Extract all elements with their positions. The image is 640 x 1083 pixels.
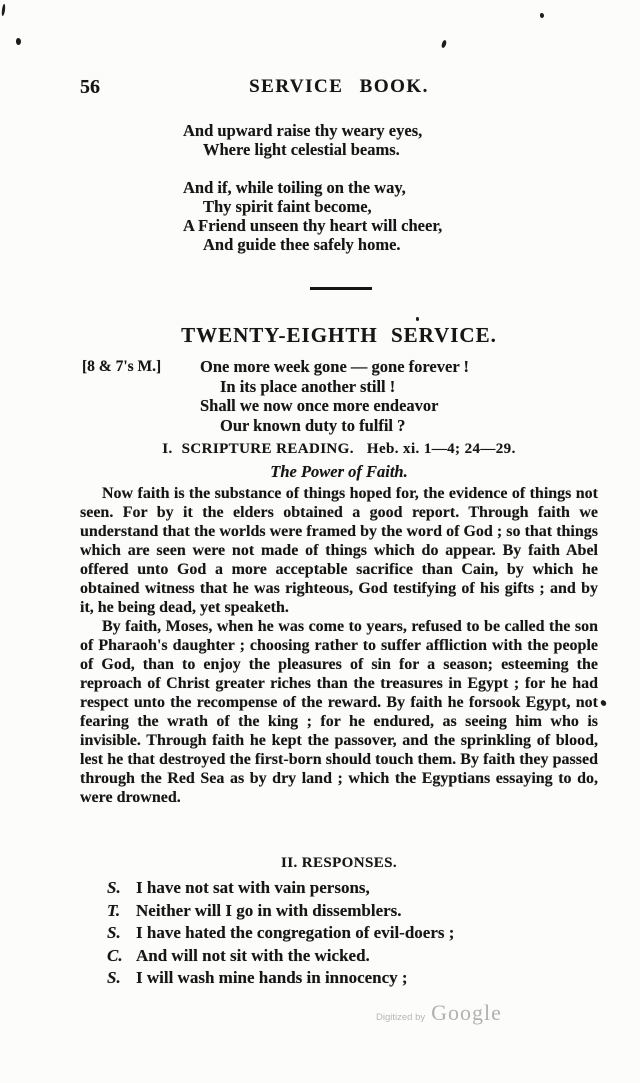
hymn-stanza: And if, while toiling on the way, Thy sp… xyxy=(183,178,442,254)
response-text: Neither will I go in with dissemblers. xyxy=(136,900,402,923)
section-number: I. xyxy=(162,441,172,457)
running-title: SERVICE BOOK. xyxy=(80,76,598,98)
scan-speck xyxy=(1,4,6,16)
response-speaker: C. xyxy=(107,945,136,968)
responses-list: S. I have not sat with vain persons, T. … xyxy=(107,877,454,990)
response-item: S. I will wash mine hands in innocency ; xyxy=(107,967,454,990)
hymn-line: And guide thee safely home. xyxy=(183,235,442,254)
hymn-meter: [8 & 7's M.] xyxy=(82,358,161,376)
hymn-line: And if, while toiling on the way, xyxy=(183,178,442,197)
hymn-line: Shall we now once more endeavor xyxy=(200,396,598,416)
response-speaker: T. xyxy=(107,900,136,923)
hymn-line: Where light celestial beams. xyxy=(183,140,422,159)
hymn-line: In its place another still ! xyxy=(200,377,598,397)
service-hymn: [8 & 7's M.] One more week gone — gone f… xyxy=(80,357,598,435)
response-text: I have not sat with vain persons, xyxy=(136,877,370,900)
google-logo: Google xyxy=(431,1000,502,1026)
scan-speck xyxy=(16,38,21,45)
response-speaker: S. xyxy=(107,967,136,990)
response-item: S. I have hated the congregation of evil… xyxy=(107,922,454,945)
hymn-line: One more week gone — gone forever ! xyxy=(200,357,598,377)
hymn-line: Thy spirit faint become, xyxy=(183,197,442,216)
response-item: S. I have not sat with vain persons, xyxy=(107,877,454,900)
service-title: TWENTY-EIGHTH SERVICE. xyxy=(80,323,598,348)
scripture-reference: Heb. xi. 1—4; 24—29. xyxy=(367,441,516,457)
scan-speck xyxy=(540,13,544,18)
section-title: SCRIPTURE READING. xyxy=(182,441,354,457)
scripture-subtitle: The Power of Faith. xyxy=(80,462,598,482)
section-divider xyxy=(310,287,372,290)
response-speaker: S. xyxy=(107,922,136,945)
responses-heading: II. RESPONSES. xyxy=(80,855,598,872)
scan-speck xyxy=(600,699,607,707)
scripture-reading-heading: I.SCRIPTURE READING.Heb. xi. 1—4; 24—29. xyxy=(80,441,598,458)
hymn-line: A Friend unseen thy heart will cheer, xyxy=(183,216,442,235)
response-text: And will not sit with the wicked. xyxy=(136,945,370,968)
response-text: I have hated the congregation of evil-do… xyxy=(136,922,454,945)
scripture-paragraph: By faith, Moses, when he was come to yea… xyxy=(80,617,598,807)
response-speaker: S. xyxy=(107,877,136,900)
scripture-paragraph: Now faith is the substance of things hop… xyxy=(80,484,598,617)
scan-speck xyxy=(416,317,419,321)
book-page: 56 SERVICE BOOK. And upward raise thy we… xyxy=(0,0,640,1083)
scan-speck xyxy=(441,40,447,49)
response-item: T. Neither will I go in with dissemblers… xyxy=(107,900,454,923)
scripture-body: Now faith is the substance of things hop… xyxy=(80,484,598,807)
digitization-watermark: Digitized by Google xyxy=(376,1000,502,1026)
hymn-line: Our known duty to fulfil ? xyxy=(200,416,598,436)
hymn-stanza: And upward raise thy weary eyes, Where l… xyxy=(183,121,422,159)
hymn-line: And upward raise thy weary eyes, xyxy=(183,121,422,140)
response-item: C. And will not sit with the wicked. xyxy=(107,945,454,968)
hymn-lines: One more week gone — gone forever ! In i… xyxy=(200,357,598,435)
response-text: I will wash mine hands in innocency ; xyxy=(136,967,408,990)
watermark-prefix: Digitized by xyxy=(376,1012,425,1023)
